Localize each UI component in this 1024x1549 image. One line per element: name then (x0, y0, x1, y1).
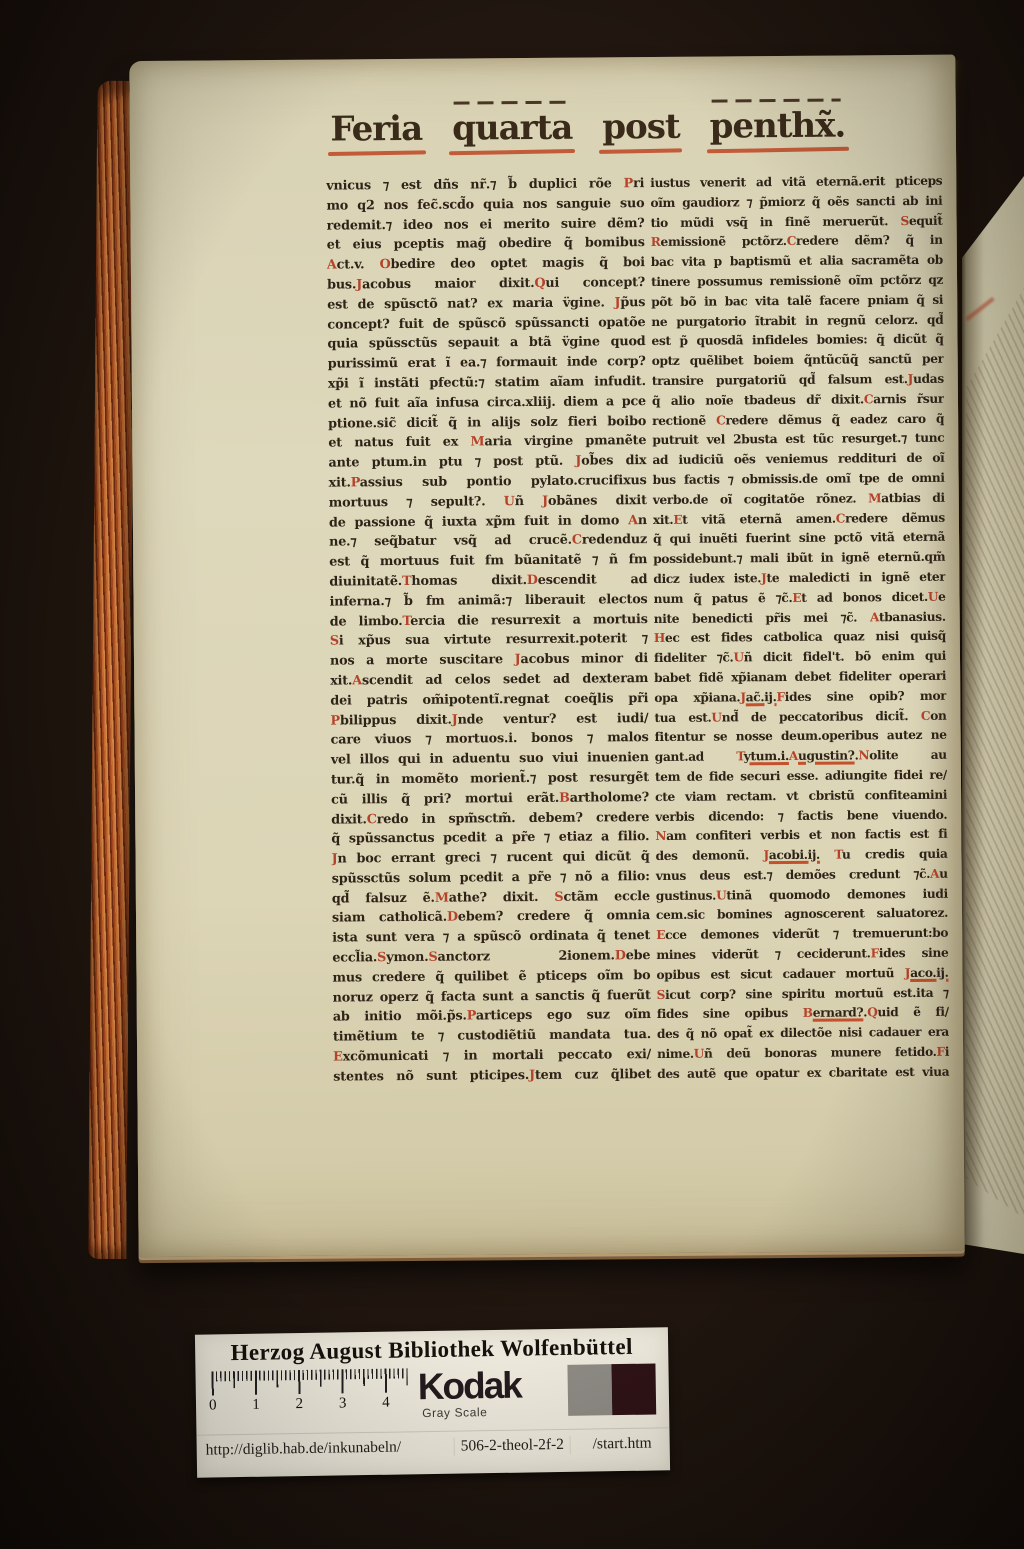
text-line: vnicus ⁊ est dñs nr̃.⁊ b̃ duplici rõe Pr… (326, 174, 644, 196)
label-bottom-row: http://diglib.hab.de/inkunabeln/ 506-2-t… (196, 1427, 669, 1465)
rubricated-letter: O (380, 257, 391, 272)
text-line: Jn boc errant greci ⁊ rucent qui dicũt q… (331, 847, 649, 869)
text-line: nite benedicti pr̃is mei ⁊c̃. Atbanasius… (654, 607, 946, 629)
page-header: Feriaquartapostpenthx̃. (250, 105, 926, 150)
text-line: iustus venerit ad vitã eternã.erit ptice… (650, 172, 942, 194)
rubricated-letter: A (628, 513, 638, 528)
rubricated-letter: C (367, 812, 377, 827)
rubricated-letter: U (711, 710, 721, 724)
text-line: ne.⁊ seq̃batur vsq̃ ad crucẽ.Credenduz (329, 530, 647, 552)
ruler-number: 3 (339, 1395, 347, 1412)
header-word: quarta (452, 108, 572, 149)
left-text-column: vnicus ⁊ est dñs nr̃.⁊ b̃ duplici rõe Pr… (326, 174, 651, 1087)
text-line: Hec est fides catbolica quaz nisi quisq̃ (654, 627, 946, 649)
red-underlined-citation: ac̃.ij. (746, 690, 777, 704)
text-line: tinere possumus remissionẽ oĩm pctõrz qz (651, 271, 943, 293)
rubricated-letter: N (858, 748, 869, 762)
text-line: de limbo.Tercia die resurrexit a mortuis (330, 610, 648, 632)
text-line: est p̃ quosdã infideles bomies: q̃ dicũt… (651, 330, 943, 352)
text-line: Si xp̃us sua virtute resurrexit.poterit … (330, 629, 648, 651)
rubricated-letter: C (864, 392, 873, 406)
rubricated-letter: J (908, 372, 914, 386)
red-underlined-citation: ernard? (813, 1006, 864, 1020)
text-line: inferna.⁊ b̃ fm animã:⁊ liberauit electo… (329, 590, 647, 612)
text-line: opa xp̃iana.Jac̃.ij.Fides sine opib? mor (654, 686, 946, 708)
text-line: quia spũssctũs sepauit a btã v̈gine quod (327, 332, 645, 354)
text-line: Remissionẽ pctõrz.Credere dẽm? q̃ in (651, 231, 943, 253)
text-line: transire purgatoriũ qd̃ falsum est.Judas (652, 370, 944, 392)
text-line: bus factis ⁊ obmissis.de omĩ tpe de omni (653, 469, 945, 491)
rubricated-letter: C (921, 708, 930, 722)
rubricated-letter: D (447, 910, 458, 925)
text-line: tua est.Und̃ de peccatoribus dicit̃. Con (654, 706, 946, 728)
rubricated-letter: S (330, 634, 339, 649)
text-line: Pbilippus dixit.Jnde ventur? est iudi/ (330, 709, 648, 731)
rubricated-letter: S (428, 950, 437, 965)
text-line: q̃ alio noĩe tbadeus dr̃ dixit.Carnis r̃… (652, 390, 944, 412)
rubricated-letter: E (656, 928, 665, 942)
label-startfile: /start.htm (593, 1435, 652, 1454)
header-word: penthx̃. (709, 106, 845, 147)
text-line: ad iudiciũ oẽs veniemus reddituri de oĩ (652, 449, 944, 471)
photo-background: Feriaquartapostpenthx̃. vnicus ⁊ est dñs… (0, 0, 1024, 1549)
red-underlined-citation: ugustin? (798, 749, 855, 763)
text-line: des demonũ. Jacobi.ij. Tu credis quia (655, 845, 947, 867)
text-line: qd̃ falsuz ẽ.Mathe? dixit. Sctãm eccle (332, 887, 650, 909)
text-line: vnus deus est.⁊ demões credunt ⁊c̃.Au (656, 865, 948, 887)
kodak-wordmark: Kodak (417, 1368, 548, 1404)
text-line: fideliter ⁊c̃.Uñ dicit fidel't. bõ enim … (654, 647, 946, 669)
text-line: mus credere q̃ quilibet ẽ pticeps oĩm bo (332, 966, 650, 988)
rubricated-letter: S (377, 950, 386, 965)
rubricated-letter: F (936, 1045, 944, 1059)
text-line: concept? fuit de spũscõ spũssancti opatõ… (327, 313, 645, 335)
ruler: 01234 (205, 1366, 414, 1425)
text-line: Excõmunicati ⁊ in mortali peccato exi/ (333, 1045, 651, 1067)
rubricated-letter: T (736, 749, 744, 763)
text-line: bus.Jacobus maior dixit.Qui concept? (327, 273, 645, 295)
rubricated-letter: H (654, 631, 665, 645)
ruler-number: 2 (295, 1396, 303, 1413)
text-line: opibus est sicut cadauer mortuũ Jaco.ij. (656, 964, 948, 986)
rubricated-letter: C (787, 234, 796, 248)
text-line: põt bõ in bac vita talẽ facere pniam q̃ … (651, 291, 943, 313)
text-line: ante ptum.in ptu ⁊ post ptũ. Job̃es dix (328, 451, 646, 473)
rubricated-letter: J (614, 295, 620, 310)
library-label: Herzog August Bibliothek Wolfenbüttel 01… (195, 1327, 670, 1477)
rubricated-letter: Q (534, 276, 545, 291)
rubricated-letter: P (467, 1009, 476, 1024)
text-line: mines viderũt ⁊ ceciderunt.Fides sine (656, 944, 948, 966)
text-line: Ecce demones viderũt ⁊ tremuerunt:bo (656, 924, 948, 946)
text-line: bac vita p baptismũ et alia sacramẽta ob (651, 251, 943, 273)
text-line: verbo.de oĩ cogitatõe rõnez. Matbias di (653, 488, 945, 510)
rubricated-letter: J (575, 454, 581, 469)
rubricated-letter: J (452, 712, 458, 727)
text-line: est de spũsctõ nat? ex maria v̈gine. Jp̃… (327, 293, 645, 315)
text-line: xit.Et vitã eternã amen.Credere dẽmus (653, 508, 945, 530)
text-line: fides sine opibus Bernard?.Quid ẽ fi/ (657, 1003, 949, 1025)
text-line: xp̃i ĩ instãti pfectũ:⁊ statim aĩam infu… (328, 372, 646, 394)
ruler-number: 0 (209, 1397, 217, 1414)
text-line: ptione.sic̃ dicit̃ q̃ in alijs solz fier… (328, 412, 646, 434)
text-line: cũ illis q̃ pri? mortui erãt.Bartholome? (331, 788, 649, 810)
rubricated-letter: M (470, 435, 484, 450)
text-line: fitentur se nosse deum.operibus autez ne (655, 726, 947, 748)
rubricated-letter: P (624, 176, 634, 191)
text-line: nos a morte suscitare Jacobus minor di (330, 649, 648, 671)
ruler-numbers: 01234 (212, 1394, 408, 1417)
rubricated-letter: P (330, 713, 340, 728)
text-line: q̃ spũssanctus pcedit a pr̃e ⁊ etiaz a f… (331, 827, 649, 849)
text-line: num q̃ patus ẽ ⁊c̃.Et ad bonos dicet.Ue (653, 587, 945, 609)
text-line: des autẽ que opatur ex cbaritate est viu… (657, 1063, 949, 1085)
header-word: Feria (330, 109, 422, 150)
text-line: care viuos ⁊ mortuos.i. bonos ⁊ malos (331, 728, 649, 750)
text-line: nime.Uñ deũ bonoras munere fetido.Fi (657, 1043, 949, 1065)
rubricated-letter: M (435, 890, 449, 905)
rubricated-letter: J (542, 494, 548, 509)
text-line: des q̃ nõ opat̃ ex dilectõe nisi cadauer… (657, 1023, 949, 1045)
text-line: ista sunt vera ⁊ a spũscõ ordinata q̃ te… (332, 926, 650, 948)
text-line: de passione q̃ iuxta xp̃m fuit in domo A… (329, 511, 647, 533)
rubricated-letter: F (776, 690, 784, 704)
rubricated-letter: U (504, 494, 515, 509)
text-line: ab initio mõi.p̃s.Particeps ego suz oĩm (333, 1006, 651, 1028)
text-line: Nam confiteri verbis et non factis est f… (655, 825, 947, 847)
rubricated-letter: P (351, 475, 360, 490)
rubricated-letter: U (694, 1047, 704, 1061)
rubricated-letter: S (554, 889, 563, 904)
text-line: diuinitatẽ.Thomas dixit.Descendit ad (329, 570, 647, 592)
page-surface: Feriaquartapostpenthx̃. vnicus ⁊ est dñs… (129, 55, 964, 1257)
text-line: rectionẽ Credere dẽmus q̃ eadez caro q̃ (652, 409, 944, 431)
rubricated-letter: R (651, 235, 661, 249)
label-url: http://diglib.hab.de/inkunabeln/ (206, 1438, 402, 1459)
red-underlined-citation: ytum.i. (744, 749, 789, 763)
red-underlined-citation: aco.ij. (910, 966, 948, 980)
text-line: redemit.⁊ ideo nos ei merito suire dẽm? (327, 214, 645, 236)
text-line: putruit vel 2busta est tũc resurget.⁊ tu… (652, 429, 944, 451)
rubricated-letter: J (761, 571, 767, 585)
rubricated-letter: E (333, 1050, 343, 1065)
text-line: ne purgatorio ĩtrabit in regnũ celorz. q… (651, 310, 943, 332)
rubricated-letter: J (332, 852, 338, 867)
rubricated-letter: A (789, 749, 798, 763)
rubricated-letter: J (515, 652, 521, 667)
rubricated-letter: D (615, 948, 626, 963)
next-page-shading (962, 58, 1024, 1258)
rubricated-letter: N (655, 829, 666, 843)
text-line: oĩm gaudiorz ⁊ p̃miorz q̃ oẽs sancti ab … (650, 192, 942, 214)
kodak-block: Kodak Gray Scale (417, 1368, 548, 1420)
text-line: xit.Ascendit ad celos sedet ad dexteram (330, 669, 648, 691)
text-line: purissimũ erat ĩ ea.⁊ formauit inde corp… (328, 352, 646, 374)
rubricated-letter: B (803, 1006, 813, 1020)
text-line: tur.q̃ in momẽto morient̃.⁊ post resurgẽ… (331, 768, 649, 790)
text-line: vel illos qui in aduentu suo viui inueni… (331, 748, 649, 770)
rubricated-letter: A (352, 673, 362, 688)
text-line: stentes nõ sunt pticipes.Jtem cuz q̃libe… (333, 1065, 651, 1087)
text-line: verbis dicendo: ⁊ factis bene viuendo. (655, 805, 947, 827)
label-middle-row: 01234 Kodak Gray Scale (195, 1362, 669, 1427)
text-line: eccl̃ia.Symon.Sanctorz 2ionem.Debe (332, 946, 650, 968)
page-fore-edge (88, 81, 135, 1259)
text-line: dei patris om̃ipotentĩ.regnat coeq̃lis p… (330, 689, 648, 711)
rubricated-letter: U (733, 650, 743, 664)
rubricated-letter: C (572, 533, 582, 548)
text-line: cte viam rectam. vt cbristũ confiteamini (655, 785, 947, 807)
red-underlined-citation: acobi.ij. (769, 848, 820, 862)
rubricated-letter: E (673, 512, 682, 526)
rubricated-letter: D (527, 573, 538, 588)
rubricated-letter: E (792, 591, 801, 605)
text-line: mortuus ⁊ sepult?. Uñ Jobãnes dixit (329, 491, 647, 513)
rubricated-letter: T (834, 848, 842, 862)
rubricated-letter: B (559, 790, 570, 805)
ruler-ticks (211, 1368, 407, 1395)
rubricated-letter: M (868, 491, 881, 505)
rubricated-letter: J (356, 277, 362, 292)
text-line: optz quẽlibet boiem q̃ntũcũq̃ sanctũ per (652, 350, 944, 372)
text-line: timẽtium te ⁊ custodiẽtiũ mandata tua. (333, 1025, 651, 1047)
gray-scale-patch-dark (611, 1363, 656, 1415)
rubricated-letter: J (529, 1068, 535, 1083)
text-line: possidebunt.⁊ mali ibũt in ignẽ eternũ.q… (653, 548, 945, 570)
text-line: q̃ qui inuẽti fuerint sine pctõ vitã ete… (653, 528, 945, 550)
header-word: post (602, 107, 680, 148)
rubricated-letter: Q (867, 1006, 877, 1020)
text-line: tem de fide securi esse. adiungite fidei… (655, 766, 947, 788)
rubricated-letter: T (402, 613, 410, 628)
rubricated-letter: F (871, 946, 879, 960)
text-line: spũssctũs solum pcedit a pr̃e ⁊ nõ a fil… (332, 867, 650, 889)
text-line: siam catholicã.Debem? credere q̃ omnia (332, 907, 650, 929)
text-line: Act.v. Obedire deo optet magis q̃ boi (327, 253, 645, 275)
text-line: Sicut corp? sine spiritu mortuũ est.ita … (657, 983, 949, 1005)
text-line: tio mũdi vsq̃ in finẽ meruerũt. Sequit̃ (651, 211, 943, 233)
rubricated-letter: S (900, 214, 909, 228)
text-line: xit.Passius sub pontio pylato.crucifixus (329, 471, 647, 493)
ruler-number: 4 (382, 1395, 390, 1412)
rubricated-letter: S (657, 988, 666, 1002)
text-line: dicz iudex iste.Jte maledicti in ignẽ et… (653, 568, 945, 590)
label-title: Herzog August Bibliothek Wolfenbüttel (195, 1333, 668, 1366)
rubricated-letter: U (928, 590, 938, 604)
gray-scale-label: Gray Scale (422, 1404, 548, 1420)
right-text-column: iustus venerit ad vitã eternã.erit ptice… (650, 172, 949, 1085)
rubricated-letter: U (716, 888, 726, 902)
rubricated-letter: C (836, 511, 845, 525)
rubricated-letter: C (716, 413, 725, 427)
text-line: et eius pceptis mag̃ obedire q̃ bomibus (327, 233, 645, 255)
text-line: babet fidẽ xp̃ianam debet fideliter oper… (654, 667, 946, 689)
text-line: gant.ad Tytum.i.Augustin?.Nolite au (655, 746, 947, 768)
next-page-edge (962, 58, 1024, 1258)
ruler-number: 1 (252, 1397, 260, 1414)
gray-scale-patch-gray (567, 1364, 612, 1416)
book-page: Feriaquartapostpenthx̃. vnicus ⁊ est dñs… (97, 55, 964, 1264)
label-shelfmark: 506-2-theol-2f-2 (454, 1436, 572, 1456)
text-line: mo q2 nos fec̃.scd̃o quia nos sanguie su… (326, 194, 644, 216)
rubricated-letter: A (327, 258, 337, 273)
text-line: gustinus.Utinã quomodo demones iudi (656, 884, 948, 906)
text-line: cem.sic bomines agnoscerent saluatorez. (656, 904, 948, 926)
rubricated-letter: A (930, 867, 939, 881)
text-line: dixit.Credo in spm̃sctm̃. debem? credere (331, 808, 649, 830)
rubricated-letter: A (870, 610, 879, 624)
rubricated-letter: T (402, 574, 411, 589)
text-line: et natus fuit ex Maria virgine pmanẽte (328, 431, 646, 453)
text-line: noruz operz q̃ facta sunt a sanctis q̃ f… (333, 986, 651, 1008)
text-line: et nõ fuit aĩa infusa circa.xliij. diem … (328, 392, 646, 414)
text-line: est q̃ mortuus fuit fm bũanitatẽ ⁊ ñ fm (329, 550, 647, 572)
